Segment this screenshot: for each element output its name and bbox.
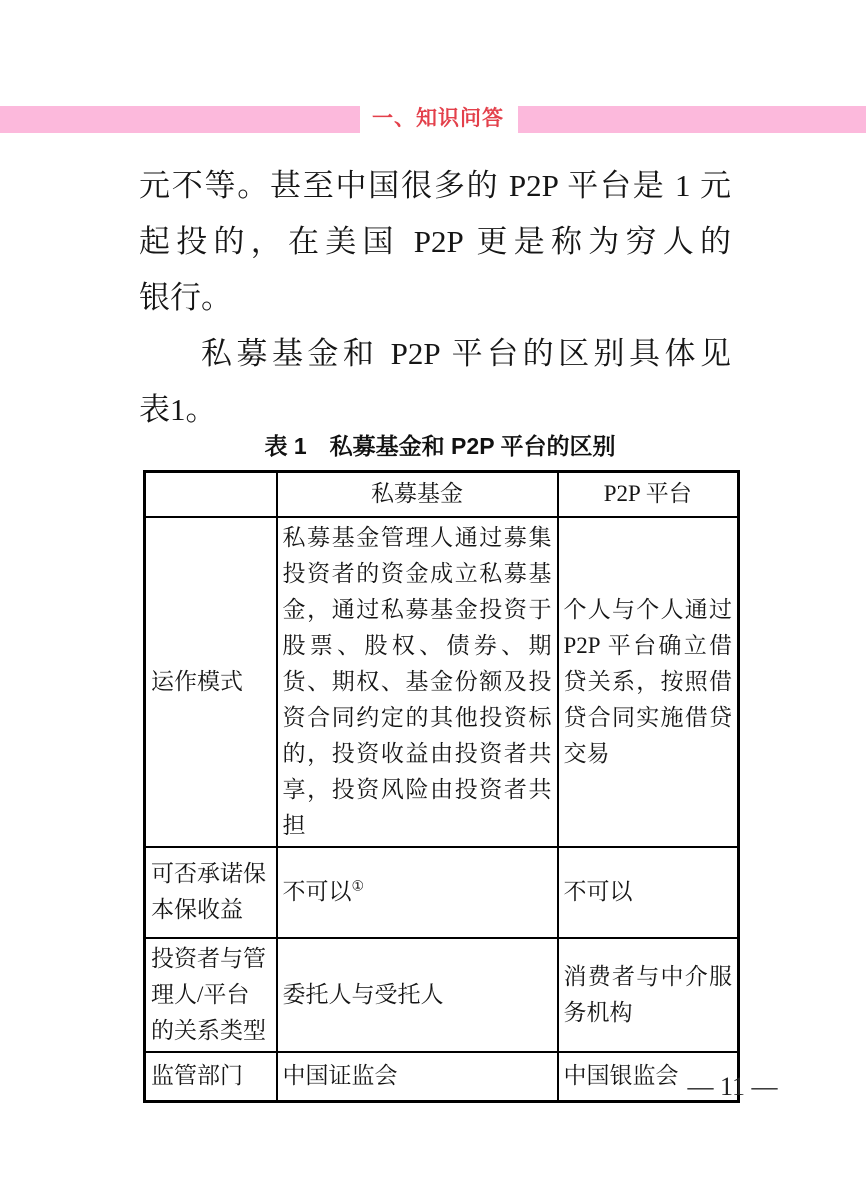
row-label: 投资者与管理人/平台的关系类型 <box>145 938 277 1052</box>
header-band-left <box>0 106 360 133</box>
body-line: 私募基金和 P2P 平台的区别具体见 <box>139 326 731 382</box>
table-cell: 中国证监会 <box>277 1052 558 1102</box>
table-cell: 消费者与中介服务机构 <box>558 938 739 1052</box>
row-label: 运作模式 <box>145 517 277 847</box>
row-label: 可否承诺保本保收益 <box>145 847 277 938</box>
table-cell: 个人与个人通过 P2P 平台确立借贷关系，按照借贷合同实施借贷交易 <box>558 517 739 847</box>
page-number: — 11 — <box>660 1072 805 1102</box>
header-band-right <box>518 106 866 133</box>
table-cell: 委托人与受托人 <box>277 938 558 1052</box>
body-line: 元不等。甚至中国很多的 P2P 平台是 1 元 <box>139 158 731 214</box>
table-row: 监管部门 中国证监会 中国银监会 <box>145 1052 739 1102</box>
table-row: 可否承诺保本保收益 不可以① 不可以 <box>145 847 739 938</box>
table-cell: 私募基金管理人通过募集投资者的资金成立私募基金，通过私募基金投资于股票、股权、债… <box>277 517 558 847</box>
table-cell: 不可以 <box>558 847 739 938</box>
table-cell: 不可以① <box>277 847 558 938</box>
book-page: 一、知识问答 元不等。甚至中国很多的 P2P 平台是 1 元 起投的，在美国 P… <box>0 0 866 1189</box>
comparison-table: 私募基金 P2P 平台 运作模式 私募基金管理人通过募集投资者的资金成立私募基金… <box>143 470 740 1103</box>
table-caption: 表 1 私募基金和 P2P 平台的区别 <box>143 431 737 461</box>
body-line: 起投的，在美国 P2P 更是称为穷人的 <box>139 214 731 270</box>
table-row: 运作模式 私募基金管理人通过募集投资者的资金成立私募基金，通过私募基金投资于股票… <box>145 517 739 847</box>
cell-text: 不可以 <box>283 879 352 904</box>
body-text: 元不等。甚至中国很多的 P2P 平台是 1 元 起投的，在美国 P2P 更是称为… <box>139 158 731 438</box>
header-cell-p2p: P2P 平台 <box>558 472 739 517</box>
table-header-row: 私募基金 P2P 平台 <box>145 472 739 517</box>
section-title: 一、知识问答 <box>358 105 518 133</box>
header-cell-private-fund: 私募基金 <box>277 472 558 517</box>
header-cell-empty <box>145 472 277 517</box>
body-line: 表1。 <box>139 382 731 438</box>
row-label: 监管部门 <box>145 1052 277 1102</box>
footnote-mark: ① <box>352 879 365 894</box>
body-line: 银行。 <box>139 270 731 326</box>
table-row: 投资者与管理人/平台的关系类型 委托人与受托人 消费者与中介服务机构 <box>145 938 739 1052</box>
